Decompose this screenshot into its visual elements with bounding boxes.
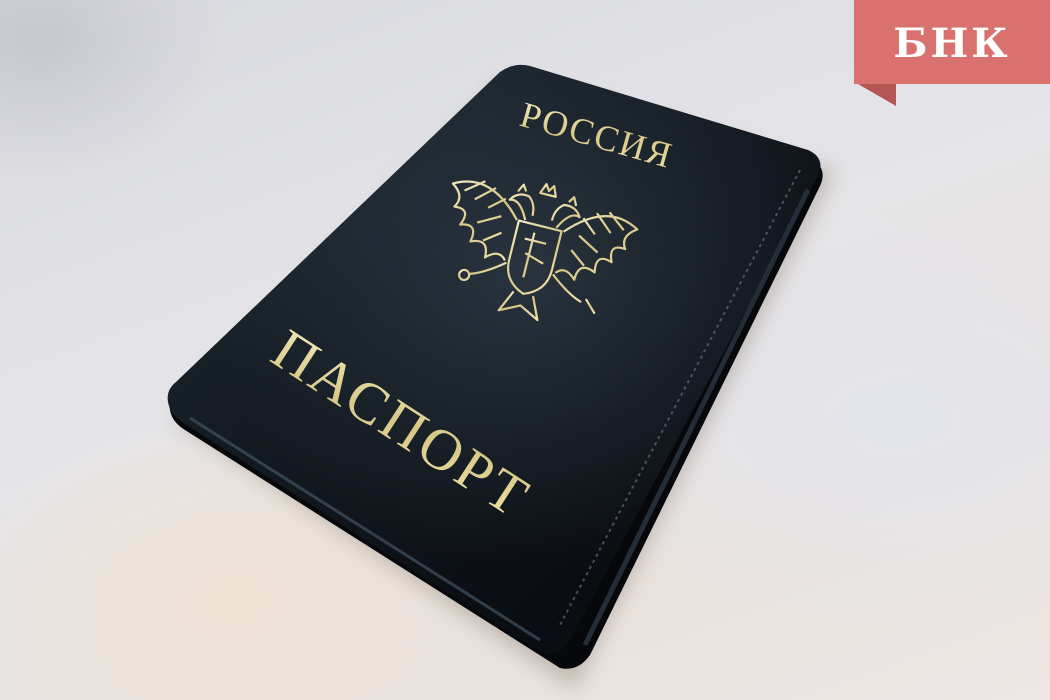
logo-text: БНК (893, 20, 1010, 67)
logo-ribbon-fold (858, 84, 896, 106)
publisher-logo[interactable]: БНК (854, 0, 1050, 84)
